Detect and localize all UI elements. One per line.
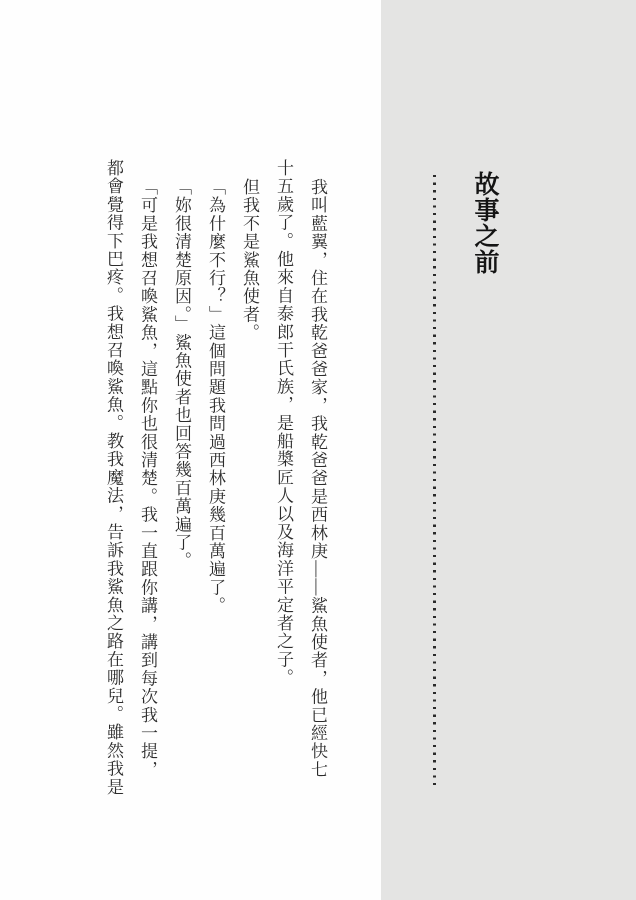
body-text-block: 我叫藍翼，住在我乾爸爸家，我乾爸爸是西林庚——鯊魚使者，他已經快七 十五歲了。他… bbox=[96, 159, 334, 821]
text-column: 十五歲了。他來自泰郎干氏族，是船槳匠人以及海洋平定者之子。 bbox=[266, 159, 300, 821]
chapter-title: 故事之前 bbox=[471, 171, 498, 275]
text-column: 「為什麼不行？」這個問題我問過西林庚幾百萬遍了。 bbox=[198, 159, 232, 821]
dotted-divider-line bbox=[433, 175, 436, 788]
paragraph: 「可是我想召喚鯊魚，這點你也很清楚。我一直跟你講，講到每次我一提， 都會覺得下巴… bbox=[96, 159, 164, 821]
text-column: 但我不是鯊魚使者。 bbox=[232, 159, 266, 821]
paragraph: 但我不是鯊魚使者。 bbox=[232, 159, 266, 821]
paragraph: 我叫藍翼，住在我乾爸爸家，我乾爸爸是西林庚——鯊魚使者，他已經快七 十五歲了。他… bbox=[266, 159, 334, 821]
book-page: 我叫藍翼，住在我乾爸爸家，我乾爸爸是西林庚——鯊魚使者，他已經快七 十五歲了。他… bbox=[0, 0, 636, 900]
chapter-panel: 故事之前 bbox=[381, 0, 636, 900]
text-column: 都會覺得下巴疼。我想召喚鯊魚。教我魔法，告訴我鯊魚之路在哪兒。雖然我是 bbox=[96, 159, 130, 821]
text-column: 「妳很清楚原因。」鯊魚使者也回答幾百萬遍了。 bbox=[164, 159, 198, 821]
paragraph: 「為什麼不行？」這個問題我問過西林庚幾百萬遍了。 bbox=[198, 159, 232, 821]
text-column: 「可是我想召喚鯊魚，這點你也很清楚。我一直跟你講，講到每次我一提， bbox=[130, 159, 164, 821]
paragraph: 「妳很清楚原因。」鯊魚使者也回答幾百萬遍了。 bbox=[164, 159, 198, 821]
text-column: 我叫藍翼，住在我乾爸爸家，我乾爸爸是西林庚——鯊魚使者，他已經快七 bbox=[300, 159, 334, 821]
